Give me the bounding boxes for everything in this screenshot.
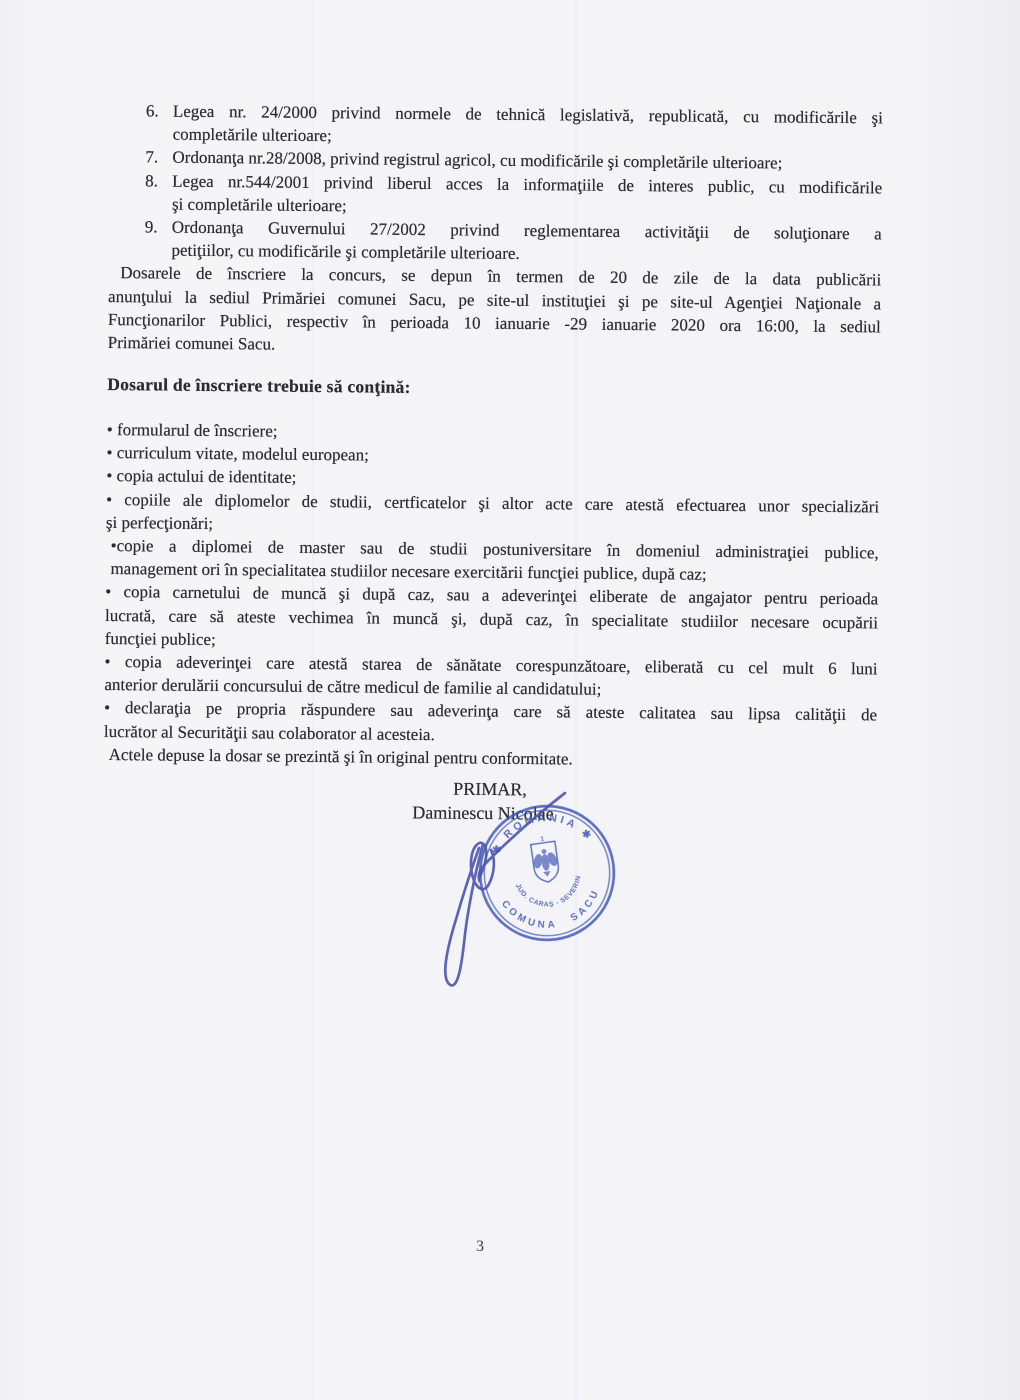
list-item-number: 7. xyxy=(145,146,158,169)
list-item: 8.Legea nr.544/2001 privind liberul acce… xyxy=(109,169,882,223)
bullet-list: • formularul de înscriere;• curriculum v… xyxy=(104,418,880,773)
list-item: 9.Ordonanţa Guvernului 27/2002 privind r… xyxy=(108,215,881,269)
signature-stroke xyxy=(445,844,483,985)
handwritten-signature xyxy=(425,778,605,1018)
list-item-number: 6. xyxy=(146,99,159,122)
bullet-item: • declaraţia pe propria răspundere sau a… xyxy=(104,696,877,750)
list-item-number: 8. xyxy=(145,169,158,192)
section-heading: Dosarul de înscriere trebuie să conţină: xyxy=(107,373,880,403)
page-number: 3 xyxy=(468,1238,492,1256)
numbered-list: 6.Legea nr. 24/2000 privind normele de t… xyxy=(108,99,883,269)
list-item-number: 9. xyxy=(145,215,158,238)
scanned-document-page: 6.Legea nr. 24/2000 privind normele de t… xyxy=(0,0,1020,1400)
bullet-item: • copia adeverinţei care atestă starea d… xyxy=(104,650,877,704)
list-item: 6.Legea nr. 24/2000 privind normele de t… xyxy=(110,99,883,153)
bullet-item: •copie a diplomei de master sau de studi… xyxy=(105,534,878,588)
bullet-item: • copiile ale diplomelor de studii, cert… xyxy=(106,488,879,542)
paragraph: Dosarele de înscriere la concurs, se dep… xyxy=(108,261,882,361)
signature-stroke xyxy=(471,793,565,889)
bullet-item: • copia carnetului de muncă şi după caz,… xyxy=(105,580,879,657)
document-text: 6.Legea nr. 24/2000 privind normele de t… xyxy=(104,99,883,773)
